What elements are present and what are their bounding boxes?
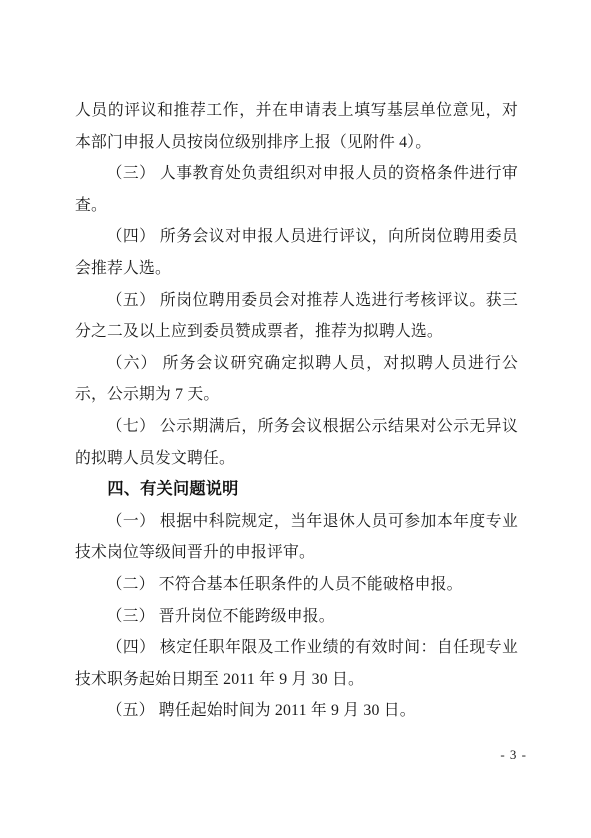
paragraph-procedure-6: （六） 所务会议研究确定拟聘人员，对拟聘人员进行公示，公示期为 7 天。 — [75, 348, 518, 411]
document-body: 人员的评议和推荐工作，并在申请表上填写基层单位意见，对本部门申报人员按岗位级别排… — [75, 95, 518, 727]
paragraph-continuation: 人员的评议和推荐工作，并在申请表上填写基层单位意见，对本部门申报人员按岗位级别排… — [75, 95, 518, 158]
paragraph-note-5: （五） 聘任起始时间为 2011 年 9 月 30 日。 — [75, 695, 518, 727]
document-page: 人员的评议和推荐工作，并在申请表上填写基层单位意见，对本部门申报人员按岗位级别排… — [0, 0, 591, 838]
paragraph-note-4: （四） 核定任职年限及工作业绩的有效时间：自任现专业技术职务起始日期至 2011… — [75, 632, 518, 695]
paragraph-note-2: （二） 不符合基本任职条件的人员不能破格申报。 — [75, 569, 518, 601]
paragraph-note-1: （一） 根据中科院规定，当年退休人员可参加本年度专业技术岗位等级间晋升的申报评审… — [75, 506, 518, 569]
page-number: - 3 - — [500, 747, 527, 763]
paragraph-procedure-3: （三） 人事教育处负责组织对申报人员的资格条件进行审查。 — [75, 158, 518, 221]
section-heading: 四、有关问题说明 — [75, 474, 518, 506]
paragraph-procedure-4: （四） 所务会议对申报人员进行评议，向所岗位聘用委员会推荐人选。 — [75, 221, 518, 284]
paragraph-note-3: （三） 晋升岗位不能跨级申报。 — [75, 601, 518, 633]
paragraph-procedure-7: （七） 公示期满后，所务会议根据公示结果对公示无异议的拟聘人员发文聘任。 — [75, 411, 518, 474]
paragraph-procedure-5: （五） 所岗位聘用委员会对推荐人选进行考核评议。获三分之二及以上应到委员赞成票者… — [75, 285, 518, 348]
